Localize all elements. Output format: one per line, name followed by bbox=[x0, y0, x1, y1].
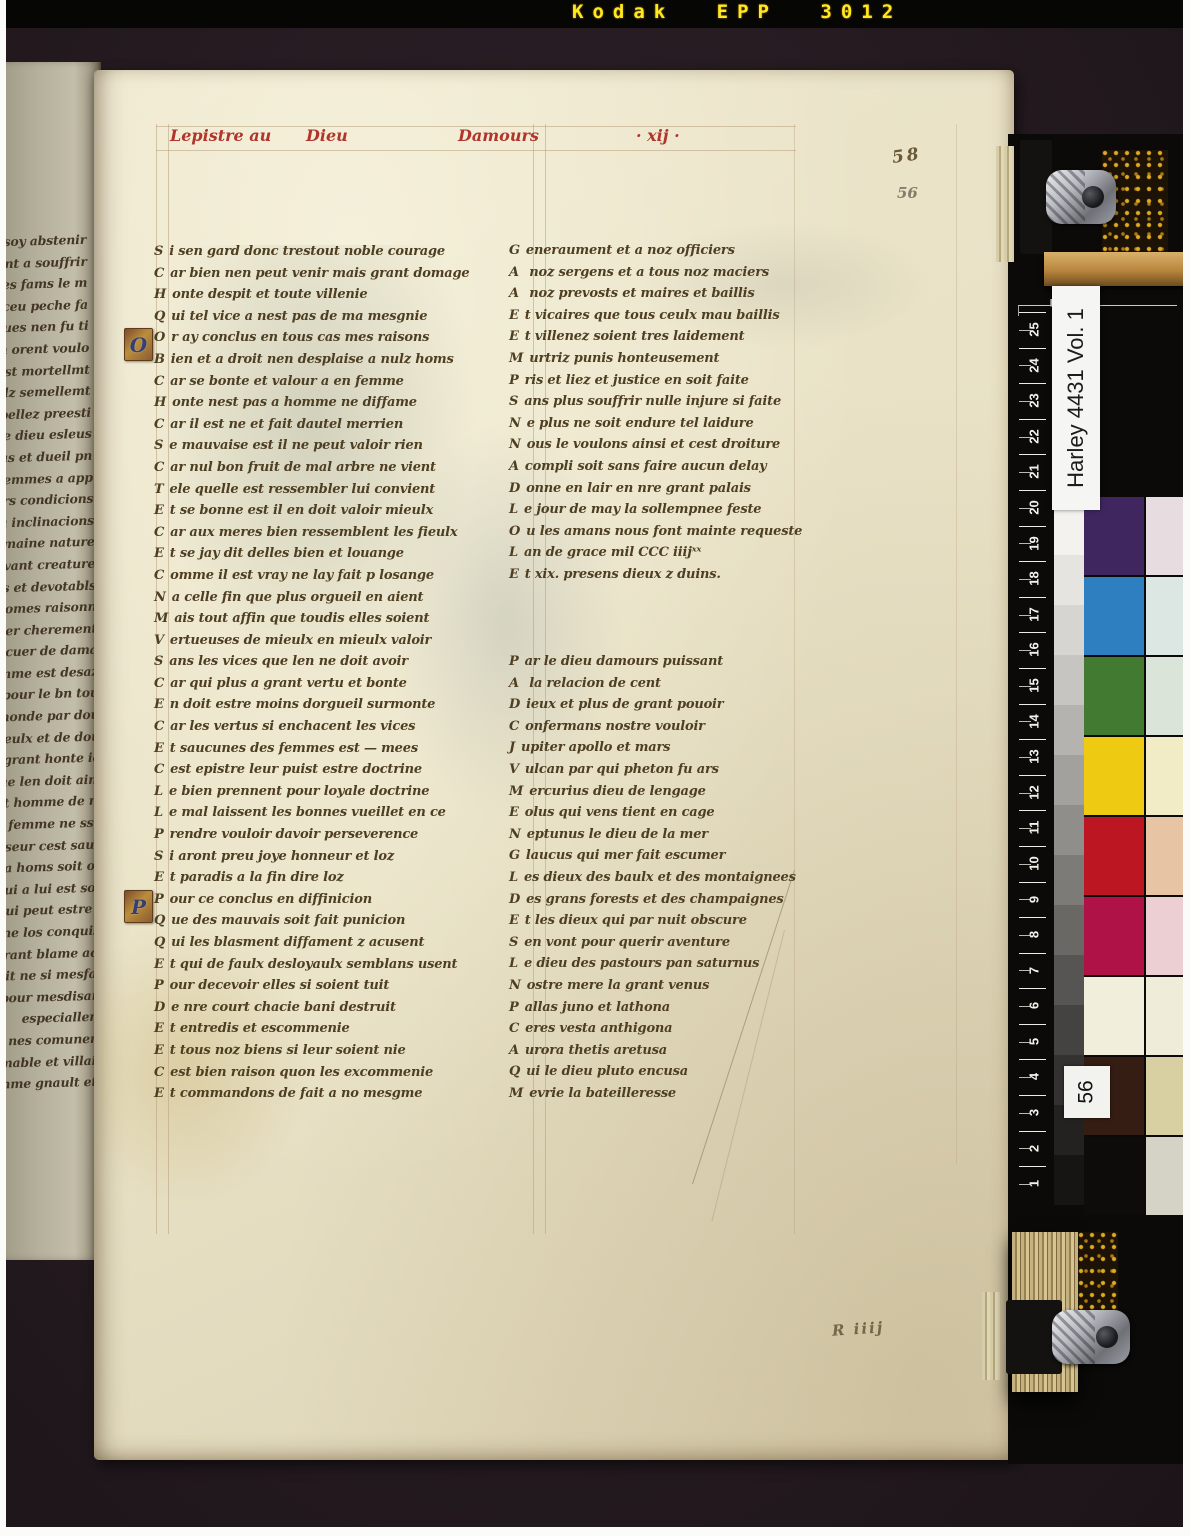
verse-line: Murtriz punis honteusement bbox=[509, 351, 839, 373]
pastel-patch-column bbox=[1146, 497, 1183, 1217]
ruler-cell: 25 bbox=[1018, 312, 1054, 348]
verse-line: Bien et a droit nen desplaise a nulz hom… bbox=[154, 352, 499, 374]
ruler-number: 19 bbox=[1027, 530, 1042, 556]
verse-line: Car nul bon fruit de mal arbre ne vient bbox=[154, 460, 499, 482]
grayscale-step-g6 bbox=[1054, 755, 1084, 805]
ruler-cell: 8 bbox=[1018, 917, 1054, 953]
color-patch-pale-gray bbox=[1146, 1137, 1183, 1215]
verse-line: Et commandons de fait a no mesgme bbox=[154, 1086, 499, 1108]
verse-line: Et entredis et escommenie bbox=[154, 1021, 499, 1043]
verse-line: A noz sergens et a tous noz maciers bbox=[509, 265, 839, 287]
verse-line: Ne plus ne soit endure tel laidure bbox=[509, 416, 839, 438]
verse-line: Que des mauvais soit fait punicion bbox=[154, 913, 499, 935]
ruler-cell: 19 bbox=[1018, 526, 1054, 562]
folio-sticker: 56 bbox=[1064, 1066, 1110, 1118]
rubric-heading-part: Lepistre au bbox=[170, 126, 271, 145]
verse-line: Lan de grace mil CCC iiijˣˣ bbox=[509, 545, 839, 567]
ruler-cell: 6 bbox=[1018, 988, 1054, 1024]
ruler-number: 23 bbox=[1027, 388, 1042, 414]
ruler-number: 24 bbox=[1027, 352, 1042, 378]
ruler-number: 15 bbox=[1027, 672, 1042, 698]
shelfmark-label: Harley 4431 Vol. 1 bbox=[1052, 286, 1100, 510]
verse-line: A la relacion de cent bbox=[509, 676, 839, 698]
verse-line: Jupiter apollo et mars bbox=[509, 740, 839, 762]
verse-line: Dieux et plus de grant pouoir bbox=[509, 697, 839, 719]
verse-line: Et tous noz biens si leur soient nie bbox=[154, 1043, 499, 1065]
ruler-number: 9 bbox=[1027, 886, 1042, 912]
ruler-cell: 16 bbox=[1018, 632, 1054, 668]
verse-line: Confermans nostre vouloir bbox=[509, 719, 839, 741]
color-patch-peach bbox=[1146, 817, 1183, 895]
verse-line: Des grans forests et des champaignes bbox=[509, 892, 839, 914]
verse-line: Les dieux des baulx et des montaignees bbox=[509, 870, 839, 892]
grayscale-step-g11 bbox=[1054, 1005, 1084, 1055]
ruler-cell: 3 bbox=[1018, 1095, 1054, 1131]
photograph-of-manuscript: Kodak EPP 3012 e soy abstenirfont a souf… bbox=[0, 0, 1190, 1536]
ruler-cell: 20 bbox=[1018, 490, 1054, 526]
color-patch-white bbox=[1084, 977, 1144, 1055]
color-patch-magenta bbox=[1084, 897, 1144, 975]
verse-line: Sen vont pour querir aventure bbox=[509, 935, 839, 957]
verse-line: Vulcan par qui pheton fu ars bbox=[509, 762, 839, 784]
verse-line: En doit estre moins dorgueil surmonte bbox=[154, 697, 499, 719]
verse-line: Pour decevoir elles si soient tuit bbox=[154, 978, 499, 1000]
grayscale-step-g14 bbox=[1054, 1155, 1084, 1205]
verse-line: Car les vertus si enchacent les vices bbox=[154, 719, 499, 741]
verse-line: Or ay conclus en tous cas mes raisons bbox=[154, 330, 499, 352]
verse-line: Sans les vices que len ne doit avoir bbox=[154, 654, 499, 676]
ruler-cell: 7 bbox=[1018, 953, 1054, 989]
verse-line: Et se jay dit delles bien et louange bbox=[154, 546, 499, 568]
ruler-number: 16 bbox=[1027, 637, 1042, 663]
folio-number-ink: 58 bbox=[891, 144, 923, 168]
grayscale-step-g4 bbox=[1054, 655, 1084, 705]
ruler-cell: 23 bbox=[1018, 383, 1054, 419]
verse-line: Qui tel vice a nest pas de ma mesgnie bbox=[154, 309, 499, 331]
grayscale-step-g1 bbox=[1054, 505, 1084, 555]
verse-line: Le mal laissent les bonnes vueillet en c… bbox=[154, 805, 499, 827]
verse-line: Prendre vouloir davoir perseverence bbox=[154, 827, 499, 849]
ruler-number: 20 bbox=[1027, 494, 1042, 520]
manuscript-page: Lepistre au Dieu Damours · xij · 58 56 O… bbox=[94, 70, 1014, 1460]
ruler-number: 5 bbox=[1027, 1028, 1042, 1054]
kodak-film-marking: Kodak EPP 3012 bbox=[572, 1, 902, 23]
color-patch-white bbox=[1146, 977, 1183, 1055]
ruler-number: 14 bbox=[1027, 708, 1042, 734]
text-column-2-upper: Generaument et a noz officiersA noz serg… bbox=[509, 243, 839, 589]
verse-line: Vertueuses de mieulx en mieulx valoir bbox=[154, 633, 499, 655]
ruler-number: 4 bbox=[1027, 1064, 1042, 1090]
verse-line: De nre court chacie bani destruit bbox=[154, 1000, 499, 1022]
ruler-cell: 5 bbox=[1018, 1024, 1054, 1060]
facing-page-text: e soy abstenirfont a souffrirpar les fam… bbox=[6, 232, 101, 1100]
verse-line: Et xix. presens dieux z duins. bbox=[509, 567, 839, 589]
verse-line: Et saucunes des femmes est — mees bbox=[154, 741, 499, 763]
verse-line: Sans plus souffrir nulle injure si faite bbox=[509, 394, 839, 416]
verse-line: Car se bonte et valour a en femme bbox=[154, 374, 499, 396]
verse-line: Le dieu des pastours pan saturnus bbox=[509, 956, 839, 978]
ruler-cell: 12 bbox=[1018, 775, 1054, 811]
film-rebate-strip: Kodak EPP 3012 bbox=[6, 0, 1183, 28]
verse-line: Qui le dieu pluto encusa bbox=[509, 1064, 839, 1086]
verse-line: Neptunus le dieu de la mer bbox=[509, 827, 839, 849]
verse-line: Nous le voulons ainsi et cest droiture bbox=[509, 437, 839, 459]
grayscale-step-g2 bbox=[1054, 555, 1084, 605]
verse-line: Donne en lair en nre grant palais bbox=[509, 481, 839, 503]
ruler-number: 3 bbox=[1027, 1100, 1042, 1126]
quire-signature: R iiij bbox=[831, 1318, 884, 1340]
facing-page-edge: e soy abstenirfont a souffrirpar les fam… bbox=[6, 62, 101, 1260]
ruler-scale: 25 24 23 22 21 20 19 18 17 16 15 14 bbox=[1018, 312, 1054, 1202]
ruler-number: 12 bbox=[1027, 779, 1042, 805]
ruler-number: 25 bbox=[1027, 317, 1042, 343]
verse-line: Pour ce conclus en diffinicion bbox=[154, 892, 499, 914]
verse-line: Car bien nen peut venir mais grant domag… bbox=[154, 266, 499, 288]
metal-clamp bbox=[1052, 1310, 1130, 1364]
ruler-number: 8 bbox=[1027, 922, 1042, 948]
ruler-number: 22 bbox=[1027, 423, 1042, 449]
ruler-number: 1 bbox=[1027, 1171, 1042, 1197]
color-patch-green bbox=[1084, 657, 1144, 735]
verse-line: Nostre mere la grant venus bbox=[509, 978, 839, 1000]
grayscale-step-g9 bbox=[1054, 905, 1084, 955]
ruler-number: 6 bbox=[1027, 993, 1042, 1019]
grayscale-step-g10 bbox=[1054, 955, 1084, 1005]
color-patch-pink bbox=[1146, 897, 1183, 975]
ruling-line bbox=[956, 124, 957, 1164]
ruler-cell: 22 bbox=[1018, 419, 1054, 455]
wooden-board-edge bbox=[1044, 252, 1183, 286]
verse-line: Mevrie la bateilleresse bbox=[509, 1086, 839, 1108]
ruler-cell: 14 bbox=[1018, 704, 1054, 740]
page-block-edge bbox=[982, 1292, 1000, 1380]
folio-number-pencil: 56 bbox=[897, 184, 918, 202]
verse-line: Car aux meres bien ressemblent les fieul… bbox=[154, 525, 499, 547]
ruler-cell: 24 bbox=[1018, 348, 1054, 384]
text-column-1: Si sen gard donc trestout noble courageC… bbox=[154, 244, 499, 1108]
ruling-line bbox=[156, 150, 796, 151]
ruler-number: 18 bbox=[1027, 566, 1042, 592]
rubric-heading-part: Dieu bbox=[306, 126, 348, 145]
verse-line: Acompli soit sans faire aucun delay bbox=[509, 459, 839, 481]
grayscale-step-g3 bbox=[1054, 605, 1084, 655]
color-patch-khaki bbox=[1146, 1057, 1183, 1135]
verse-line: Na celle fin que plus orgueil en aient bbox=[154, 590, 499, 612]
verse-line: Car il est ne et fait dautel merrien bbox=[154, 417, 499, 439]
verse-line: Et les dieux qui par nuit obscure bbox=[509, 913, 839, 935]
ruler-cell: 11 bbox=[1018, 810, 1054, 846]
verse-line: Pallas juno et lathona bbox=[509, 1000, 839, 1022]
verse-line: Cest epistre leur puist estre doctrine bbox=[154, 762, 499, 784]
ruler-number: 7 bbox=[1027, 957, 1042, 983]
text-column-2-lower: Par le dieu damours puissantA la relacio… bbox=[509, 654, 839, 1107]
ruler-cell: 4 bbox=[1018, 1059, 1054, 1095]
verse-line: A noz prevosts et maires et baillis bbox=[509, 286, 839, 308]
verse-line: Qui les blasment diffament z acusent bbox=[154, 935, 499, 957]
verse-line: Et villenez soient tres laidement bbox=[509, 329, 839, 351]
ruler-cell: 1 bbox=[1018, 1166, 1054, 1202]
ruler-cell: 13 bbox=[1018, 739, 1054, 775]
illuminated-initial: P bbox=[124, 890, 153, 923]
color-patch-black bbox=[1084, 1137, 1144, 1215]
verse-line: Eolus qui vens tient en cage bbox=[509, 805, 839, 827]
verse-line: Comme il est vray ne lay fait p losange bbox=[154, 568, 499, 590]
verse-line: Et qui de faulx desloyaulx semblans usen… bbox=[154, 957, 499, 979]
verse-line: Ou les amans nous font mainte requeste bbox=[509, 524, 839, 546]
grayscale-step-g5 bbox=[1054, 705, 1084, 755]
verse-line: Par le dieu damours puissant bbox=[509, 654, 839, 676]
verse-line: Et vicaires que tous ceulx mau baillis bbox=[509, 308, 839, 330]
verse-line: Ceres vesta anthigona bbox=[509, 1021, 839, 1043]
verse-line: Honte despit et toute villenie bbox=[154, 287, 499, 309]
ruler-cell: 18 bbox=[1018, 561, 1054, 597]
color-patch-cream bbox=[1146, 737, 1183, 815]
page-block-edge bbox=[996, 146, 1014, 262]
verse-line: Pris et liez et justice en soit faite bbox=[509, 373, 839, 395]
metal-clamp bbox=[1046, 170, 1116, 224]
verse-line: Mercurius dieu de lengage bbox=[509, 784, 839, 806]
ruler-cell: 17 bbox=[1018, 597, 1054, 633]
ruler-cell: 10 bbox=[1018, 846, 1054, 882]
ruler-number: 11 bbox=[1027, 815, 1042, 841]
verse-line: Glaucus qui mer fait escumer bbox=[509, 848, 839, 870]
color-patch-yellow bbox=[1084, 737, 1144, 815]
facing-page-text-line: homme gnault et b bbox=[6, 1074, 101, 1100]
verse-line: Si sen gard donc trestout noble courage bbox=[154, 244, 499, 266]
color-patch-pale-cyan bbox=[1146, 577, 1183, 655]
verse-line: Mais tout affin que toudis elles soient bbox=[154, 611, 499, 633]
verse-line: Generaument et a noz officiers bbox=[509, 243, 839, 265]
color-patch-blue bbox=[1084, 577, 1144, 655]
color-patch-pale-pink bbox=[1146, 497, 1183, 575]
verse-line: Se mauvaise est il ne peut valoir rien bbox=[154, 438, 499, 460]
clamp-hole bbox=[1082, 186, 1104, 208]
clamp-hole bbox=[1096, 1326, 1118, 1348]
grayscale-step-g8 bbox=[1054, 855, 1084, 905]
folio-sticker-number: 56 bbox=[1075, 1080, 1099, 1103]
verse-line: Cest bien raison quon les excommenie bbox=[154, 1065, 499, 1087]
ruler-number: 10 bbox=[1027, 850, 1042, 876]
verse-line: Tele quelle est ressembler lui convient bbox=[154, 482, 499, 504]
verse-line: Honte nest pas a homme ne diffame bbox=[154, 395, 499, 417]
verse-line: Si aront preu joye honneur et loz bbox=[154, 849, 499, 871]
ruler-number: 21 bbox=[1027, 459, 1042, 485]
verse-line: Et paradis a la fin dire loz bbox=[154, 870, 499, 892]
color-patch-pale-green bbox=[1146, 657, 1183, 735]
illuminated-initial: O bbox=[124, 328, 153, 361]
photo-area: Kodak EPP 3012 e soy abstenirfont a souf… bbox=[6, 0, 1183, 1527]
verse-line: Le bien prennent pour loyale doctrine bbox=[154, 784, 499, 806]
ruler-cell: 9 bbox=[1018, 882, 1054, 918]
verse-line: Car qui plus a grant vertu et bonte bbox=[154, 676, 499, 698]
rubric-heading-part: · xij · bbox=[636, 126, 680, 145]
ruler-number: 2 bbox=[1027, 1135, 1042, 1161]
ruler-cell: 21 bbox=[1018, 454, 1054, 490]
ruler-number: 13 bbox=[1027, 744, 1042, 770]
verse-line: Le jour de may la sollempnee feste bbox=[509, 502, 839, 524]
verse-line: Et se bonne est il en doit valoir mieulx bbox=[154, 503, 499, 525]
ruler-cell: 15 bbox=[1018, 668, 1054, 704]
color-patch-red bbox=[1084, 817, 1144, 895]
verse-line: Aurora thetis aretusa bbox=[509, 1043, 839, 1065]
ruler-number: 17 bbox=[1027, 601, 1042, 627]
grayscale-step-g7 bbox=[1054, 805, 1084, 855]
rubric-heading-part: Damours bbox=[458, 126, 539, 145]
ruler-cell: 2 bbox=[1018, 1131, 1054, 1167]
